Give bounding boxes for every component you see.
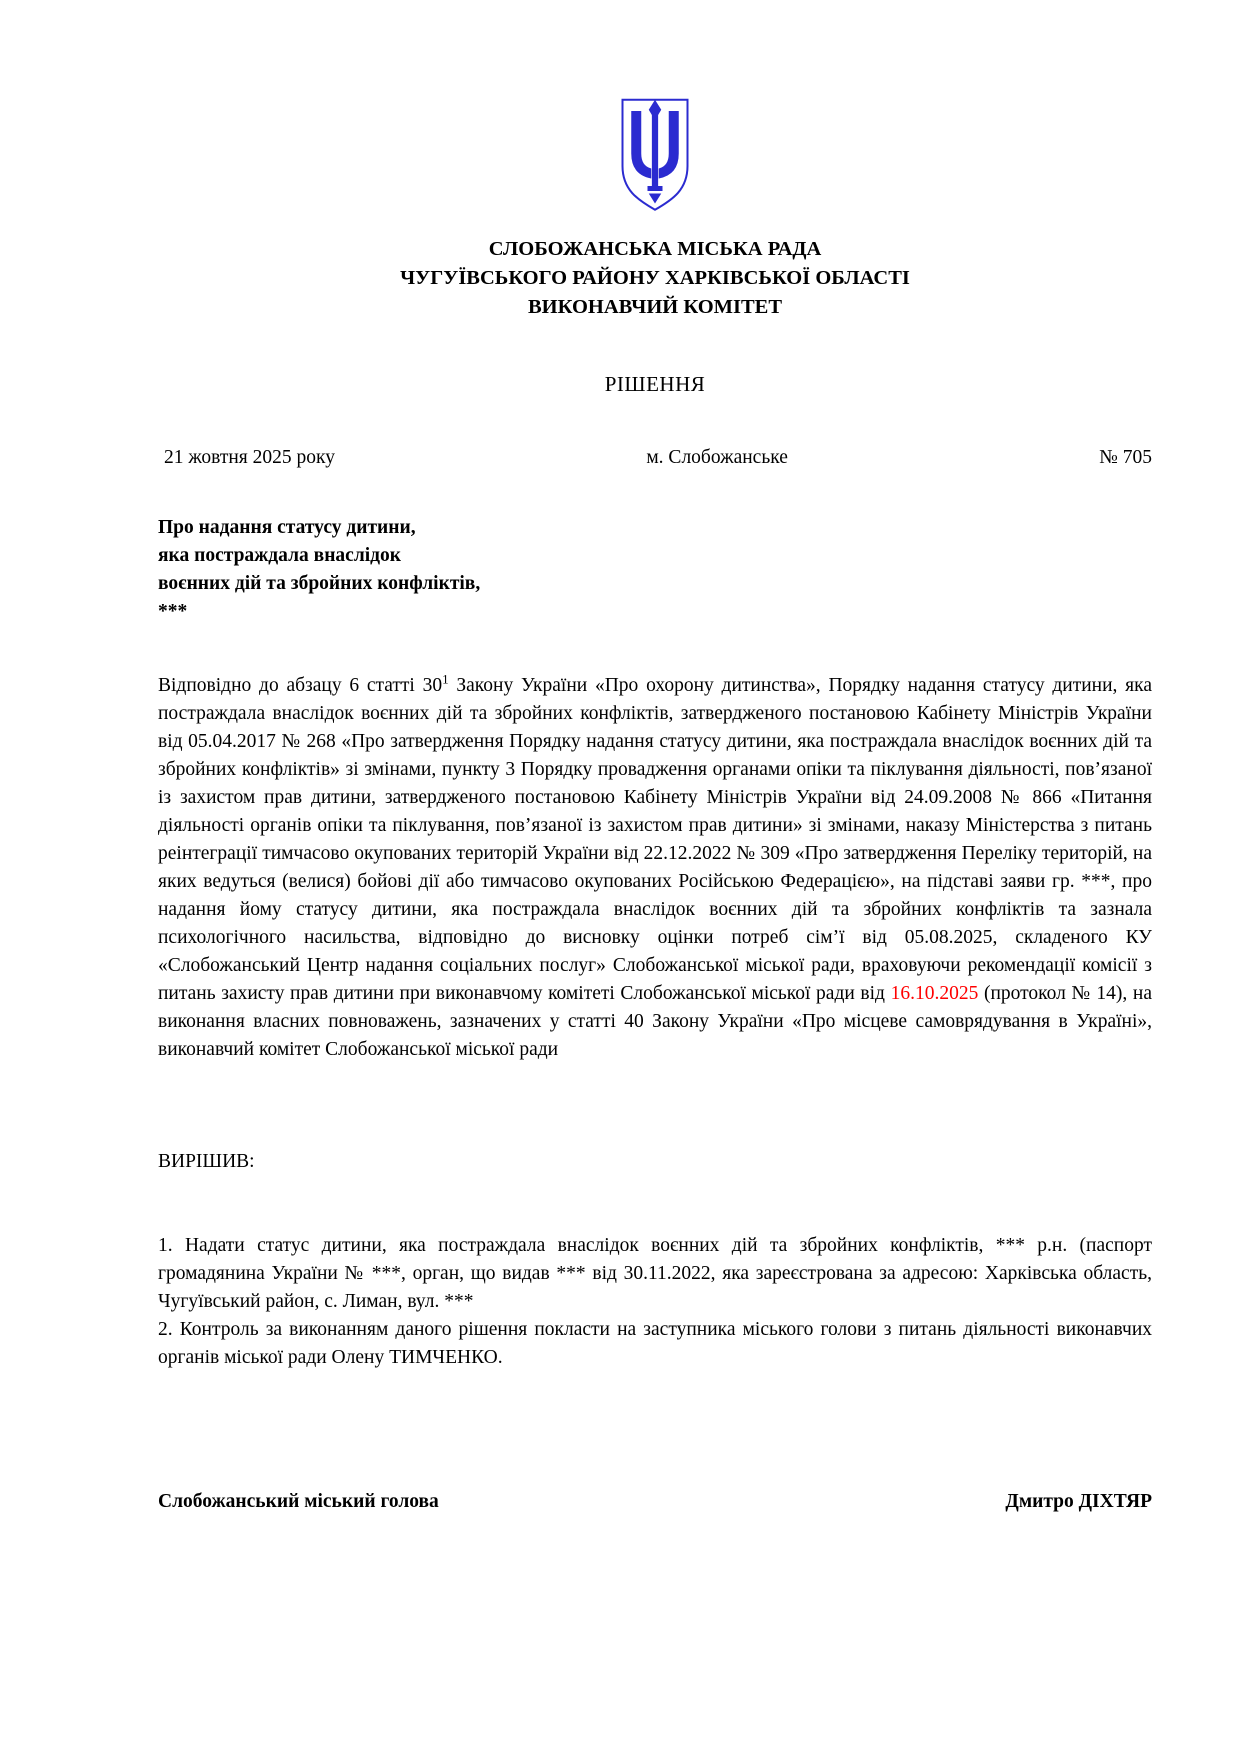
- subject-block: Про надання статусу дитини, яка постражд…: [158, 514, 1152, 626]
- resolution-item-2: 2. Контроль за виконанням даного рішення…: [158, 1316, 1152, 1372]
- org-name-line1: СЛОБОЖАНСЬКА МІСЬКА РАДА: [158, 235, 1152, 264]
- subject-line: воєнних дій та збройних конфліктів,: [158, 570, 1152, 598]
- document-date: 21 жовтня 2025 року: [158, 444, 335, 472]
- subject-line: ***: [158, 598, 1152, 626]
- resolved-heading: ВИРІШИВ:: [158, 1148, 1152, 1176]
- org-header: СЛОБОЖАНСЬКА МІСЬКА РАДА ЧУГУЇВСЬКОГО РА…: [158, 235, 1152, 322]
- preamble-text-part1: Відповідно до абзацу 6 статті 30: [158, 675, 442, 696]
- decision-document-page: СЛОБОЖАНСЬКА МІСЬКА РАДА ЧУГУЇВСЬКОГО РА…: [0, 0, 1240, 1754]
- subject-line: Про надання статусу дитини,: [158, 514, 1152, 542]
- protocol-date-highlighted: 16.10.2025: [891, 983, 979, 1004]
- emblem-container: [158, 96, 1152, 225]
- preamble-text-part2: Закону України «Про охорону дитинства», …: [158, 675, 1152, 1004]
- meta-row: 21 жовтня 2025 року м. Слобожанське № 70…: [158, 444, 1152, 472]
- subject-line: яка постраждала внаслідок: [158, 542, 1152, 570]
- resolution-item-1: 1. Надати статус дитини, яка постраждала…: [158, 1232, 1152, 1316]
- document-type-title: РІШЕННЯ: [158, 370, 1152, 398]
- document-place: м. Слобожанське: [335, 444, 1099, 472]
- signature-row: Слобожанський міський голова Дмитро ДІХТ…: [158, 1488, 1152, 1516]
- preamble-paragraph: Відповідно до абзацу 6 статті 301 Закону…: [158, 672, 1152, 1064]
- org-name-line2: ЧУГУЇВСЬКОГО РАЙОНУ ХАРКІВСЬКОЇ ОБЛАСТІ: [158, 264, 1152, 293]
- resolution-items: 1. Надати статус дитини, яка постраждала…: [158, 1232, 1152, 1372]
- signatory-name: Дмитро ДІХТЯР: [1005, 1488, 1152, 1516]
- document-number: № 705: [1099, 444, 1152, 472]
- ukraine-trident-emblem-icon: [614, 200, 696, 221]
- signatory-position: Слобожанський міський голова: [158, 1488, 439, 1516]
- org-name-line3: ВИКОНАВЧИЙ КОМІТЕТ: [158, 293, 1152, 322]
